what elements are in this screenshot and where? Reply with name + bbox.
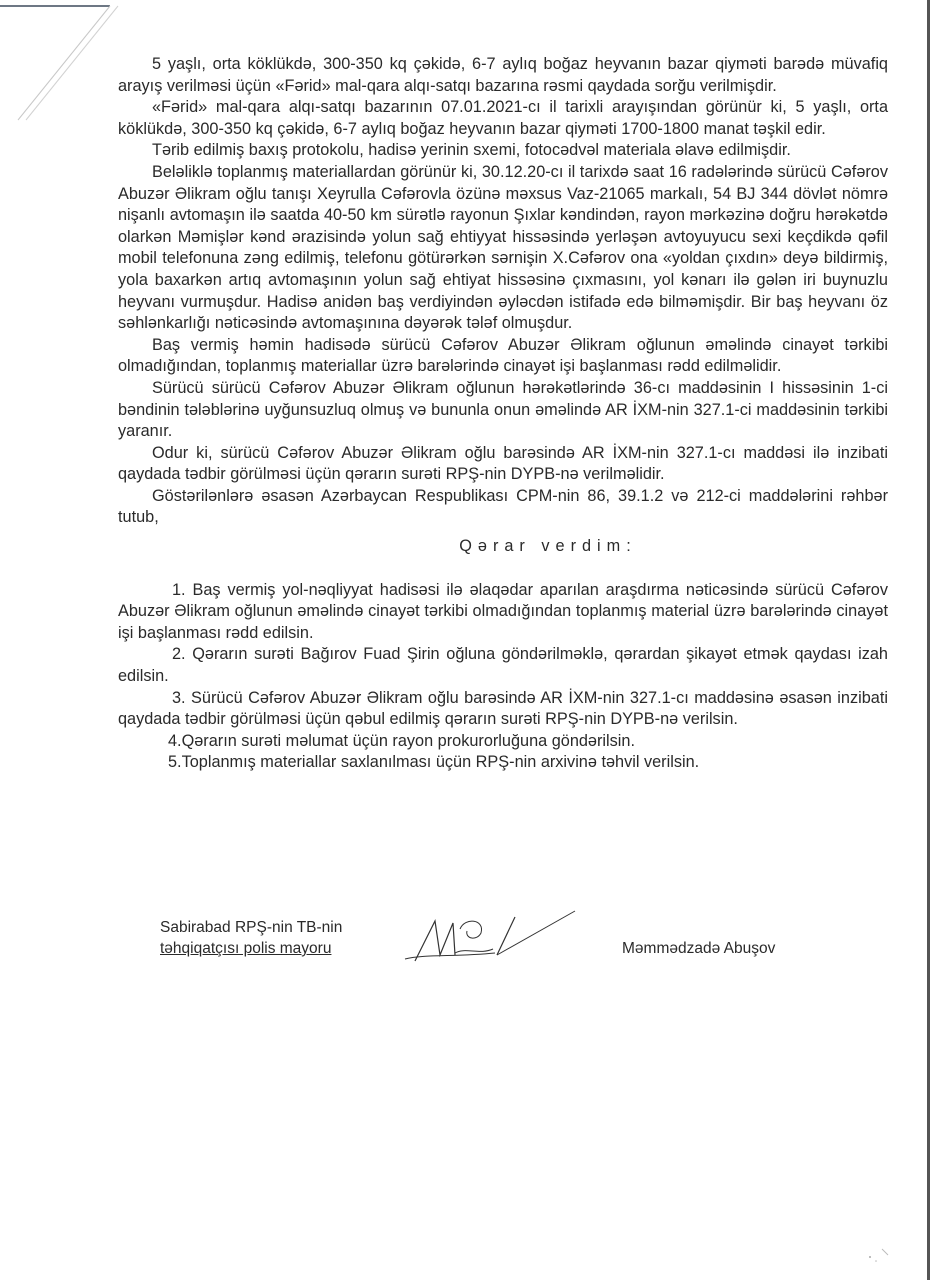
handwritten-signature — [385, 909, 585, 969]
decision-item: 1. Baş vermiş yol-nəqliyyat hadisəsi ilə… — [118, 580, 888, 645]
decision-item: 5.Toplanmış materiallar saxlanılması üçü… — [118, 752, 888, 774]
document-body: 5 yaşlı, orta köklükdə, 300-350 kq çəkid… — [118, 54, 888, 774]
decision-item: 2. Qərarın surəti Bağırov Fuad Şirin oğl… — [118, 644, 888, 687]
paragraph: Sürücü sürücü Cəfərov Abuzər Əlikram oğl… — [118, 378, 888, 443]
scan-specks — [860, 1245, 900, 1265]
decision-list: 1. Baş vermiş yol-nəqliyyat hadisəsi ilə… — [118, 580, 888, 774]
paragraph: Beləliklə toplanmış materiallardan görün… — [118, 162, 888, 335]
paragraph: Odur ki, sürücü Cəfərov Abuzər Əlikram o… — [118, 443, 888, 486]
corner-fold-mark — [0, 0, 130, 130]
paragraph: Göstərilənlərə əsasən Azərbaycan Respubl… — [118, 486, 888, 529]
signature-block: Sabirabad RPŞ-nin TB-nin təhqiqatçısı po… — [160, 917, 860, 977]
signatory-name: Məmmədzadə Abuşov — [622, 938, 775, 959]
paragraph: Baş vermiş həmin hadisədə sürücü Cəfərov… — [118, 335, 888, 378]
signatory-position: Sabirabad RPŞ-nin TB-nin təhqiqatçısı po… — [160, 917, 342, 959]
decision-item: 3. Sürücü Cəfərov Abuzər Əlikram oğlu ba… — [118, 688, 888, 731]
decision-item: 4.Qərarın surəti məlumat üçün rayon prok… — [118, 731, 888, 753]
decision-title: Qərar verdim: — [118, 536, 888, 558]
position-line-1: Sabirabad RPŞ-nin TB-nin — [160, 917, 342, 938]
paragraph: Tərib edilmiş baxış protokolu, hadisə ye… — [118, 140, 888, 162]
paragraph: 5 yaşlı, orta köklükdə, 300-350 kq çəkid… — [118, 54, 888, 97]
paragraph: «Fərid» mal-qara alqı-satqı bazarının 07… — [118, 97, 888, 140]
position-line-2: təhqiqatçısı polis mayoru — [160, 938, 342, 959]
